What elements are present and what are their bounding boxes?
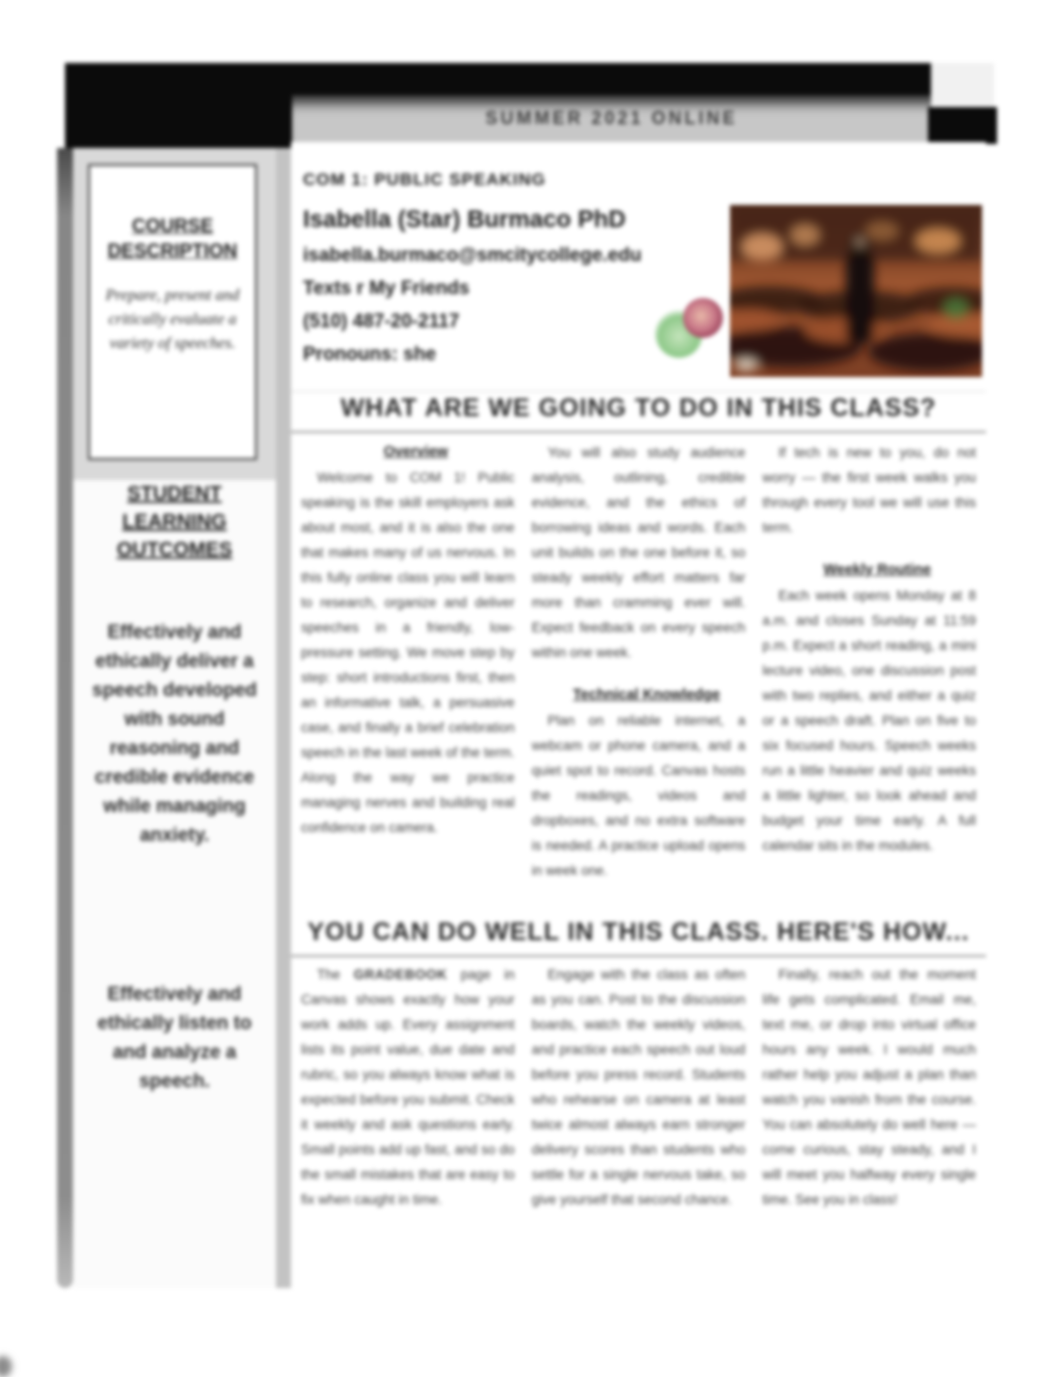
flower-logo-rose-circle (683, 298, 723, 338)
classroom-photo-art (730, 205, 982, 377)
what-column-1: Overview Welcome to COM 1! Public speaki… (301, 440, 515, 883)
page-corner-smudge (0, 1356, 12, 1377)
corner-dark-block (928, 107, 997, 144)
instructor-email[interactable]: isabella.burmaco@smcitycollege.edu (303, 245, 733, 267)
contact-note: Texts r My Friends (303, 278, 733, 300)
left-rail (57, 148, 73, 1288)
what-col1-text: Welcome to COM 1! Public speaking is the… (301, 465, 515, 840)
how-column-3: Finally, reach out the moment life gets … (762, 962, 976, 1212)
term-banner: SUMMER 2021 ONLINE (292, 95, 931, 142)
syllabus-page: SUMMER 2021 ONLINE COURSE DESCRIPTION Pr… (0, 0, 1062, 1377)
slo-outcome-2: Effectively and ethically listen to and … (82, 980, 267, 1096)
how-col1-lead-pre: The (317, 967, 354, 982)
section-title-how: YOU CAN DO WELL IN THIS CLASS. HERE'S HO… (291, 918, 986, 957)
what-col3-text-2: Each week opens Monday at 8 a.m. and clo… (762, 583, 976, 858)
course-description-box: COURSE DESCRIPTION Prepare, present and … (88, 164, 257, 460)
section-how-columns: The GRADEBOOK page in Canvas shows exact… (301, 962, 976, 1212)
term-banner-label: SUMMER 2021 ONLINE (485, 108, 737, 129)
how-column-1: The GRADEBOOK page in Canvas shows exact… (301, 962, 515, 1212)
section-title-what: WHAT ARE WE GOING TO DO IN THIS CLASS? (291, 394, 986, 433)
how-col1-lead-bold: GRADEBOOK (354, 967, 448, 982)
course-description-text: Prepare, present and critically evaluate… (102, 284, 243, 356)
how-col2-text: Engage with the class as often as you ca… (532, 962, 746, 1212)
section-divider-rule (291, 391, 986, 392)
section-what-columns: Overview Welcome to COM 1! Public speaki… (301, 440, 976, 883)
how-col1-text: The GRADEBOOK page in Canvas shows exact… (301, 962, 515, 1212)
main-content: COM 1: PUBLIC SPEAKING Isabella (Star) B… (291, 142, 986, 1287)
page-sheet: SUMMER 2021 ONLINE COURSE DESCRIPTION Pr… (0, 0, 1062, 1377)
what-column-2: You will also study audience analysis, o… (532, 440, 746, 883)
masthead-left-block (65, 63, 292, 151)
what-column-3: If tech is new to you, do not worry — th… (762, 440, 976, 883)
how-col1-body: page in Canvas shows exactly how your wo… (301, 967, 515, 1207)
subhead-technical-knowledge: Technical Knowledge (532, 683, 746, 708)
slo-outcome-1: Effectively and ethically deliver a spee… (82, 618, 267, 850)
sidebar: COURSE DESCRIPTION Prepare, present and … (73, 148, 276, 1288)
subhead-overview: Overview (301, 440, 515, 465)
subhead-weekly-routine: Weekly Routine (762, 558, 976, 583)
what-col2-text-2: Plan on reliable internet, a webcam or p… (532, 708, 746, 883)
course-code-label: COM 1: PUBLIC SPEAKING (303, 170, 733, 190)
how-col3-text: Finally, reach out the moment life gets … (762, 962, 976, 1212)
classroom-photo (730, 205, 982, 377)
instructor-name: Isabella (Star) Burmaco PhD (303, 206, 733, 234)
course-description-title: COURSE DESCRIPTION (102, 214, 243, 264)
corner-light-block (931, 63, 994, 106)
how-column-2: Engage with the class as often as you ca… (532, 962, 746, 1212)
what-col2-text: You will also study audience analysis, o… (532, 440, 746, 665)
what-col3-text: If tech is new to you, do not worry — th… (762, 440, 976, 540)
slo-title: STUDENT LEARNING OUTCOMES (73, 480, 276, 564)
sidebar-divider-rail (276, 148, 291, 1288)
